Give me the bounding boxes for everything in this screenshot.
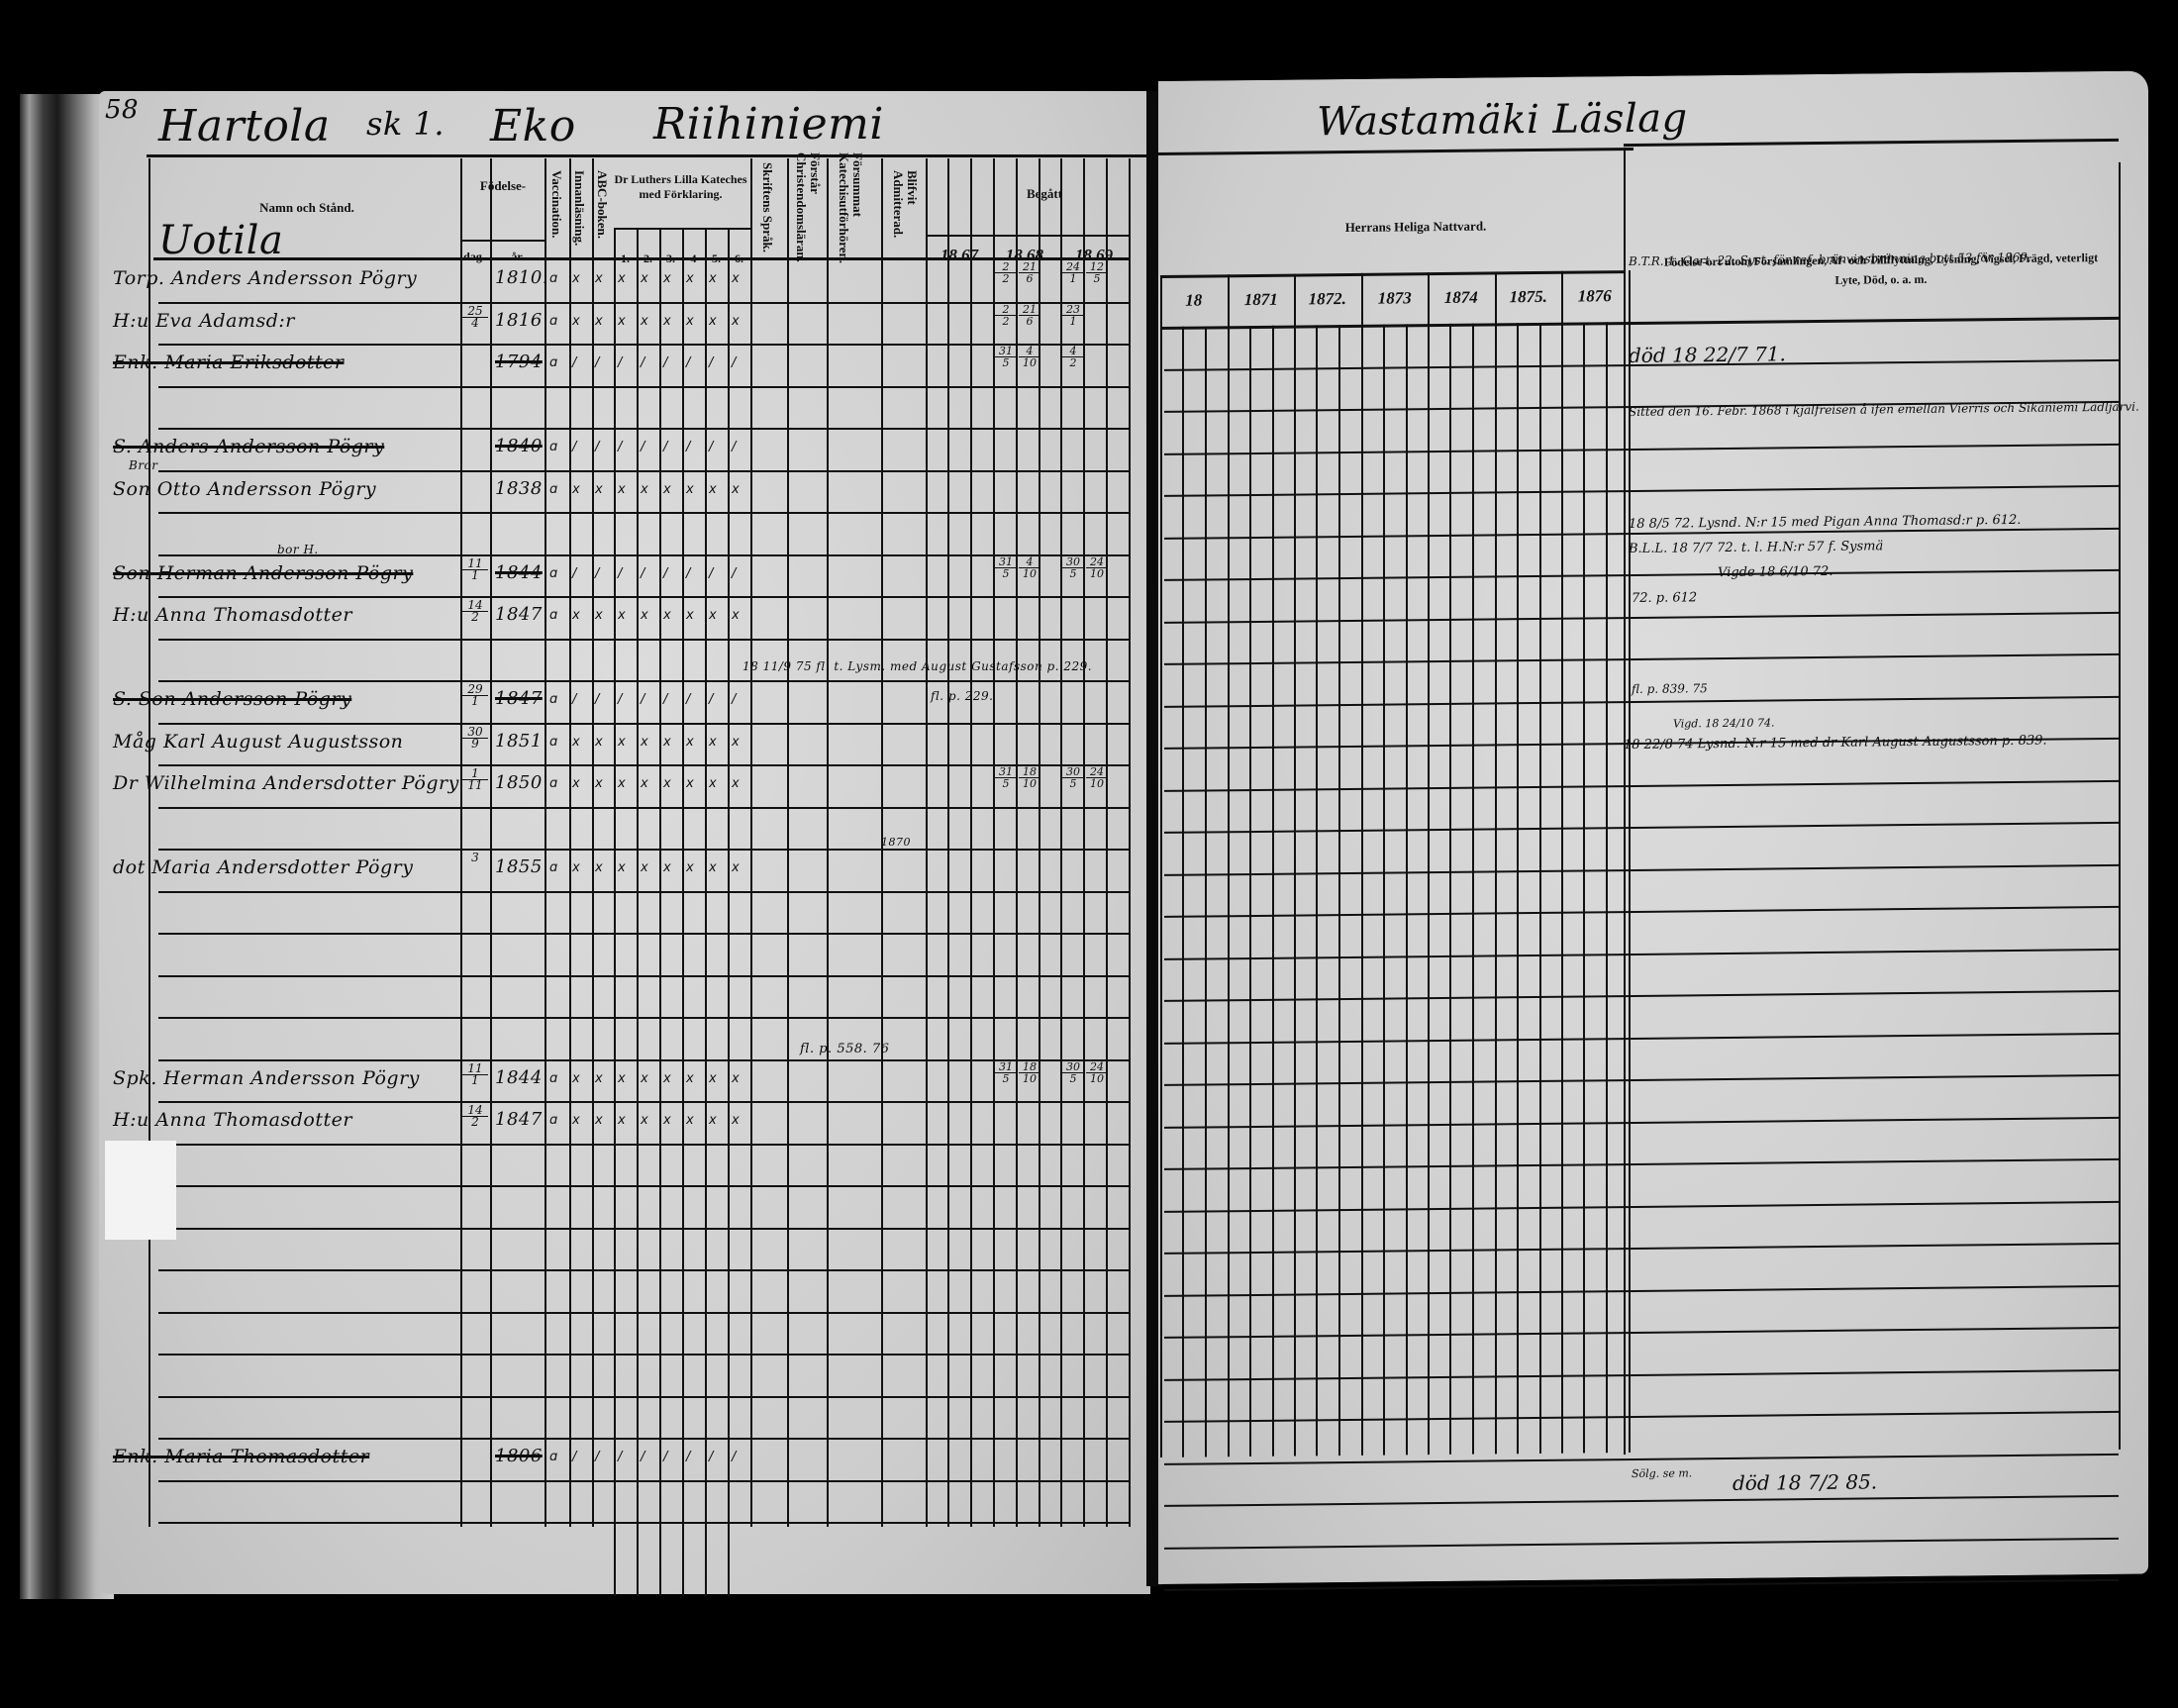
column-rule (614, 228, 616, 1596)
attendance-date: 315 (995, 346, 1017, 368)
birth-day: 111 (462, 768, 488, 791)
exam-mark: x (641, 776, 648, 791)
remark: 72. p. 612 (1632, 590, 1697, 606)
exam-mark: x (618, 735, 626, 750)
exam-mark: ɑ (549, 271, 557, 286)
remark: B.L.L. 18 7/7 72. t. l. H.N:r 57 f. Sysm… (1629, 539, 1883, 556)
exam-mark: x (618, 860, 626, 875)
exam-mark: x (572, 482, 580, 497)
row-rule (158, 596, 1129, 598)
attendance-date: 305 (1062, 556, 1084, 579)
exam-mark: / (641, 566, 644, 581)
exam-mark: ɑ (549, 735, 557, 750)
birth-year: 1855 (495, 856, 543, 877)
row-rule (158, 1396, 1129, 1398)
row-rule (158, 933, 1129, 935)
attendance-date: 410 (1019, 556, 1040, 579)
attendance-date: 1810 (1019, 766, 1040, 789)
row-rule (1164, 949, 2119, 960)
exam-mark: / (641, 1450, 644, 1464)
header-subrule (614, 228, 750, 230)
heading-rule (1158, 148, 1633, 155)
header-name: Namn och Stånd. (158, 200, 455, 215)
page-number: 58 (105, 95, 139, 125)
birth-year: 1838 (495, 478, 543, 499)
entry-name: Son Herman Andersson Pögry (113, 562, 413, 584)
remarks-column-rule (1624, 148, 1626, 1455)
row-rule (158, 1269, 1129, 1271)
paper-label-patch (105, 1141, 176, 1240)
exam-mark: / (709, 440, 713, 454)
row-rule (158, 386, 1129, 388)
exam-mark: x (595, 314, 603, 329)
birth-year: 1810. (495, 267, 548, 288)
row-rule (158, 1354, 1129, 1356)
exam-mark: / (595, 566, 599, 581)
row-rule (158, 1059, 1129, 1061)
farm-heading: Riihiniemi (653, 99, 884, 150)
exam-mark: x (732, 482, 740, 497)
exam-mark: / (686, 566, 690, 581)
exam-mark: x (641, 271, 648, 286)
attendance-date: 2410 (1086, 556, 1108, 579)
row-rule (1164, 1327, 2119, 1339)
exam-mark: x (618, 776, 626, 791)
header-year: 18 (1160, 292, 1228, 308)
birth-day: 254 (462, 306, 488, 329)
row-rule (158, 470, 1129, 472)
row-rule (158, 1017, 1129, 1019)
birth-year: 1847 (495, 604, 543, 625)
exam-mark: / (572, 355, 576, 370)
exam-mark: x (709, 482, 717, 497)
attendance-date: 2410 (1086, 766, 1108, 789)
birth-day: 111 (462, 1063, 488, 1086)
exam-mark: x (572, 776, 580, 791)
exam-mark: ɑ (549, 482, 557, 497)
column-rule (728, 228, 730, 1596)
row-rule (1164, 1074, 2119, 1086)
header-year: 1872. (1294, 291, 1361, 307)
exam-mark: / (663, 440, 667, 454)
attendance-date: 2410 (1086, 1061, 1108, 1084)
remark: död 18 22/7 71. (1629, 342, 1786, 367)
exam-mark: / (595, 355, 599, 370)
exam-mark: / (686, 692, 690, 707)
birth-day: 3 (462, 853, 488, 863)
exam-mark: x (709, 1071, 717, 1086)
header-vaccination: Vaccination. (549, 170, 563, 269)
exam-mark: / (641, 692, 644, 707)
attendance-date: 22 (995, 261, 1017, 284)
header-attended: Begått (1010, 186, 1079, 201)
entry-name: H:u Anna Thomasdotter (113, 1109, 352, 1131)
entry-name: Dr Wilhelmina Andersdotter Pögry (113, 772, 459, 794)
school-district-heading: Wastamäki Läslag (1317, 95, 1688, 145)
exam-mark: x (732, 860, 740, 875)
row-rule (1164, 653, 2119, 665)
exam-mark: / (732, 355, 736, 370)
row-rule (158, 1312, 1129, 1314)
entry-name: H:u Eva Adamsd:r (113, 310, 295, 332)
birth-day: 111 (462, 558, 488, 581)
attendance-date: 410 (1019, 346, 1040, 368)
attendance-date: 315 (995, 766, 1017, 789)
exam-mark: x (595, 735, 603, 750)
row-rule (158, 1522, 1129, 1524)
exam-mark: x (641, 860, 648, 875)
column-rule (569, 158, 571, 1527)
header-bottom-rule (1160, 317, 2119, 330)
exam-mark: / (663, 692, 667, 707)
row-rule (1164, 1033, 2119, 1045)
exam-mark: x (663, 860, 671, 875)
birth-day: 291 (462, 684, 488, 707)
header-year: 1874 (1428, 289, 1495, 305)
remark: Sitted den 16. Febr. 1868 i kjälfreisen … (1629, 400, 2139, 419)
column-rule (750, 158, 752, 1527)
row-rule (158, 428, 1129, 430)
exam-mark: / (709, 692, 713, 707)
attendance-date: 216 (1019, 304, 1040, 327)
exam-mark: x (572, 860, 580, 875)
exam-mark: x (595, 482, 603, 497)
exam-mark: ɑ (549, 314, 557, 329)
exam-mark: x (663, 314, 671, 329)
exam-mark: x (595, 1113, 603, 1128)
attendance-date: 241 (1062, 261, 1084, 284)
entry-name: Enk. Maria Thomasdotter (113, 1446, 369, 1467)
exam-mark: ɑ (549, 566, 557, 581)
birth-year: 1806 (495, 1446, 543, 1466)
row-rule (158, 723, 1129, 725)
exam-mark: x (663, 1071, 671, 1086)
attendance-date: 305 (1062, 1061, 1084, 1084)
birth-day: 309 (462, 727, 488, 750)
entry-name: H:u Anna Thomasdotter (113, 604, 352, 626)
header-abc: ABC-boken. (595, 170, 609, 269)
exam-mark: / (732, 1450, 736, 1464)
column-rule (592, 158, 594, 1527)
exam-mark: x (663, 776, 671, 791)
exam-mark: / (618, 440, 622, 454)
row-rule (1164, 990, 2119, 1002)
attendance-date: 22 (995, 304, 1017, 327)
entry-name: Torp. Anders Andersson Pögry (113, 267, 417, 289)
exam-mark: / (572, 566, 576, 581)
exam-mark: x (732, 271, 740, 286)
exam-mark: x (618, 271, 626, 286)
column-rule (1129, 158, 1131, 1527)
heading-rule (147, 154, 1148, 157)
exam-mark: x (663, 608, 671, 623)
exam-mark: / (663, 355, 667, 370)
exam-mark: / (618, 692, 622, 707)
entry-number: sk 1. (366, 105, 445, 143)
exam-mark: x (686, 1071, 694, 1086)
exam-mark: ɑ (549, 355, 557, 370)
attendance-date: 1810 (1019, 1061, 1040, 1084)
row-rule (158, 849, 1129, 851)
row-rule (1164, 822, 2119, 834)
exam-mark: / (572, 440, 576, 454)
row-rule (158, 680, 1129, 682)
entry-annotation: Bror (129, 458, 158, 472)
exam-mark: x (732, 735, 740, 750)
exam-mark: x (663, 271, 671, 286)
entry-name: S. Son Andersson Pögry (113, 688, 351, 710)
row-rule (1164, 780, 2119, 792)
entry-name: Måg Karl August Augustsson (113, 731, 403, 753)
exam-mark: x (709, 608, 717, 623)
exam-mark: x (595, 271, 603, 286)
birth-year: 1850 (495, 772, 543, 793)
row-rule (158, 639, 1129, 641)
row-rule (1164, 1117, 2119, 1129)
attendance-date: 42 (1062, 346, 1084, 368)
exam-mark: x (686, 314, 694, 329)
birth-year: 1844 (495, 1067, 543, 1088)
row-rule (158, 1144, 1129, 1146)
exam-mark: x (686, 1113, 694, 1128)
exam-mark: x (709, 735, 717, 750)
remark: Vigde 18 6/10 72. (1718, 564, 1832, 580)
exam-mark: x (572, 608, 580, 623)
exam-mark: x (709, 860, 717, 875)
exam-mark: x (572, 1113, 580, 1128)
row-rule (1164, 1495, 2119, 1507)
exam-mark: ɑ (549, 608, 557, 623)
remark: död 18 7/2 85. (1732, 1469, 1877, 1495)
exam-mark: x (686, 608, 694, 623)
row-rule (1164, 1538, 2119, 1550)
row-rule (1164, 569, 2119, 581)
exam-mark: x (732, 314, 740, 329)
column-rule (490, 158, 492, 1527)
column-rule (705, 228, 707, 1596)
remarks-right-rule (2119, 162, 2121, 1450)
header-year: 1871 (1228, 292, 1295, 308)
exam-mark: x (572, 314, 580, 329)
village-heading: Eko (490, 101, 576, 151)
row-rule (1164, 485, 2119, 497)
exam-mark: / (732, 566, 736, 581)
exam-mark: ɑ (549, 860, 557, 875)
left-page: 58 Hartola sk 1. Eko Riihiniemi Namn och… (99, 91, 1150, 1594)
exam-mark: x (732, 776, 740, 791)
exam-mark: / (595, 1450, 599, 1464)
inline-note: fl. p. 229. (931, 689, 993, 703)
entry-name: Spk. Herman Andersson Pögry (113, 1067, 420, 1089)
birth-year: 1844 (495, 562, 543, 583)
exam-mark: x (732, 1113, 740, 1128)
header-year: 1875. (1495, 289, 1562, 305)
birth-year: 1847 (495, 1109, 543, 1130)
exam-mark: / (732, 692, 736, 707)
exam-mark: x (572, 1071, 580, 1086)
exam-mark: x (572, 735, 580, 750)
attendance-date: 216 (1019, 261, 1040, 284)
column-rule (787, 158, 789, 1527)
row-rule (158, 891, 1129, 893)
header-year: 1876 (1561, 288, 1629, 304)
header-bottom-rule (153, 257, 1129, 260)
row-rule (158, 512, 1129, 514)
birth-year: 1816 (495, 310, 543, 331)
exam-mark: / (709, 355, 713, 370)
entry-name: Enk. Maria Eriksdotter (113, 352, 345, 373)
inline-note: 18 11/9 75 fl. t. Lysm. med August Gusta… (742, 659, 1092, 673)
exam-mark: / (732, 440, 736, 454)
header-admitted: Blifvit Admitterad. (889, 170, 919, 259)
exam-mark: ɑ (549, 1450, 557, 1464)
exam-mark: x (663, 1113, 671, 1128)
row-rule (1164, 1579, 2119, 1591)
column-rule (544, 158, 546, 1527)
header-catechism: Dr Luthers Lilla Kateches med Förklaring… (614, 172, 747, 202)
header-year: 1873 (1361, 290, 1429, 306)
column-rule (926, 158, 928, 1527)
exam-mark: x (709, 776, 717, 791)
exam-mark: x (572, 271, 580, 286)
exam-mark: x (595, 860, 603, 875)
exam-mark: x (732, 608, 740, 623)
row-rule (158, 344, 1129, 346)
exam-mark: / (618, 355, 622, 370)
column-rule (970, 158, 972, 1527)
right-page: Wastamäki Läslag Herrans Heliga Nattvard… (1158, 71, 2148, 1584)
exam-mark: / (618, 566, 622, 581)
row-rule (1164, 906, 2119, 918)
header-communion: Herrans Heliga Nattvard. (1277, 218, 1554, 236)
attendance-date: 231 (1062, 304, 1084, 327)
row-rule (158, 764, 1129, 766)
entry-name: S. Anders Andersson Pögry (113, 436, 384, 457)
exam-mark: x (709, 1113, 717, 1128)
exam-mark: x (641, 482, 648, 497)
header-neglected: Försummat Katechisutförhören. (835, 152, 864, 271)
attendance-date: 305 (1062, 766, 1084, 789)
header-subrule (926, 235, 1129, 237)
exam-mark: / (641, 440, 644, 454)
column-rule (1106, 158, 1108, 1527)
exam-mark: x (641, 735, 648, 750)
remark: fl. p. 839. 75 (1632, 681, 1708, 696)
column-rule (460, 158, 462, 1527)
exam-mark: x (709, 314, 717, 329)
exam-mark: x (686, 271, 694, 286)
row-rule (158, 975, 1129, 977)
column-rule (947, 158, 949, 1527)
right-grid-lines (1158, 71, 2148, 81)
row-rule (158, 302, 1129, 304)
header-reading: Innanläsning. (572, 170, 586, 269)
entry-name: dot Maria Andersdotter Pögry (113, 856, 413, 878)
exam-mark: ɑ (549, 1071, 557, 1086)
row-rule (1164, 1243, 2119, 1255)
column-rule (682, 228, 684, 1596)
header-birth: Födelse- (463, 178, 543, 193)
exam-mark: x (641, 608, 648, 623)
exam-mark: x (595, 776, 603, 791)
row-rule (1164, 1411, 2119, 1423)
row-rule (158, 1228, 1129, 1230)
exam-mark: / (686, 355, 690, 370)
row-rule (1164, 1158, 2119, 1170)
row-rule (1164, 1454, 2119, 1465)
column-rule (827, 158, 829, 1527)
exam-mark: ɑ (549, 440, 557, 454)
header-scripture: Skriftens Språk. (760, 162, 774, 271)
exam-mark: / (686, 1450, 690, 1464)
birth-day: 142 (462, 1105, 488, 1128)
exam-mark: x (732, 1071, 740, 1086)
row-rule (158, 1101, 1129, 1103)
exam-mark: ɑ (549, 776, 557, 791)
row-rule (1164, 864, 2119, 876)
birth-year: 1851 (495, 731, 543, 752)
birth-year: 1840 (495, 436, 543, 456)
communion-year-headers: 1818711872.187318741875.1876 (1158, 71, 2148, 81)
parish-heading: Hartola (158, 101, 331, 151)
exam-mark: x (618, 608, 626, 623)
exam-mark: x (686, 482, 694, 497)
exam-mark: / (709, 1450, 713, 1464)
row-rule (158, 807, 1129, 809)
exam-mark: / (641, 355, 644, 370)
remark: Vigd. 18 24/10 74. (1673, 716, 1775, 730)
exam-mark: / (686, 440, 690, 454)
exam-mark: ɑ (549, 692, 557, 707)
column-rule (659, 228, 661, 1596)
exam-mark: x (641, 314, 648, 329)
exam-mark: / (595, 692, 599, 707)
entry-name: Son Otto Andersson Pögry (113, 478, 376, 500)
inline-note: 1870 (881, 836, 911, 849)
year-header-top-rule (1160, 270, 1624, 278)
exam-mark: / (663, 1450, 667, 1464)
attendance-date: 315 (995, 556, 1017, 579)
remark: 18 22/8 74 Lysnd. N:r 15 med dr Karl Aug… (1624, 734, 2047, 753)
row-rule (1164, 1201, 2119, 1213)
inline-note: fl. p. 558. 76 (800, 1042, 889, 1056)
birth-year: 1794 (495, 352, 543, 372)
exam-mark: ɑ (549, 1113, 557, 1128)
exam-mark: / (709, 566, 713, 581)
birth-day: 142 (462, 600, 488, 623)
header-subrule (460, 240, 544, 242)
row-rule (1164, 612, 2119, 624)
remark: Sölg. se m. (1632, 1466, 1692, 1480)
heading-rule (1624, 139, 2119, 147)
header-understanding: Förstår Christendomsläran. (792, 152, 822, 271)
column-rule (1160, 275, 1162, 1457)
exam-mark: x (618, 482, 626, 497)
row-rule (1164, 696, 2119, 708)
exam-mark: x (686, 860, 694, 875)
exam-mark: x (663, 482, 671, 497)
exam-mark: / (663, 566, 667, 581)
exam-mark: / (595, 440, 599, 454)
row-rule (158, 1480, 1129, 1482)
row-rule (1164, 444, 2119, 455)
exam-mark: x (686, 776, 694, 791)
entry-annotation: bor H. (277, 543, 319, 556)
exam-mark: / (572, 1450, 576, 1464)
exam-mark: x (618, 1113, 626, 1128)
exam-mark: x (595, 1071, 603, 1086)
attendance-date: 125 (1086, 261, 1108, 284)
